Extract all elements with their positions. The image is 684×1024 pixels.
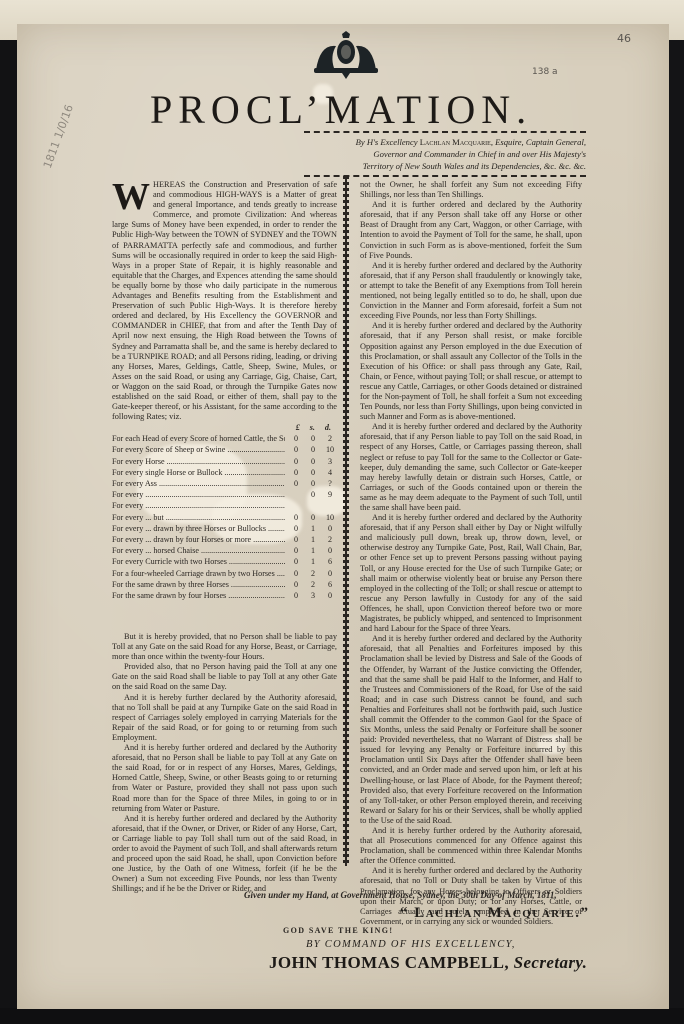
toll-pence: 10 xyxy=(323,444,337,455)
god-save-the-king: GOD SAVE THE KING! xyxy=(283,926,393,935)
byline-title: Esquire, Captain General, xyxy=(495,137,586,147)
toll-amount: 003 xyxy=(285,456,337,467)
governor-signature: “ Lachlan Macquarie.” xyxy=(400,905,589,922)
toll-description: For the same drawn by four Horses xyxy=(112,590,285,601)
toll-row: For every single Horse or Bullock004 xyxy=(112,467,337,478)
toll-description: For every Curricle with two Horses xyxy=(112,556,285,567)
toll-amount: 012 xyxy=(285,534,337,545)
toll-shillings: 1 xyxy=(306,556,320,567)
provision-paragraph: And it is hereby further ordered and dec… xyxy=(112,814,337,895)
toll-shillings: 0 xyxy=(306,467,320,478)
left-column-provisions: But it is hereby provided, that no Perso… xyxy=(112,632,337,894)
right-column: not the Owner, he shall forfeit any Sum … xyxy=(360,180,582,927)
toll-row: For every Horse003 xyxy=(112,456,337,467)
shillings-header: s. xyxy=(310,422,315,433)
toll-pence: 0 xyxy=(323,545,337,556)
toll-row: For every ... drawn by three Horses or B… xyxy=(112,523,337,534)
royal-coat-of-arms-icon xyxy=(304,30,388,80)
secretary-signature: JOHN THOMAS CAMPBELL, Secretary. xyxy=(269,953,587,973)
document-title: PROCL’MATION. xyxy=(150,86,550,133)
toll-pounds: 0 xyxy=(289,444,303,455)
toll-rates-table: £ s. d. For each Head of every Score of … xyxy=(112,422,337,601)
secretary-name: JOHN THOMAS CAMPBELL, xyxy=(269,953,509,972)
toll-amount: 0010 xyxy=(285,512,337,523)
toll-pounds: 0 xyxy=(289,556,303,567)
toll-row: For every ... drawn by four Horses or mo… xyxy=(112,534,337,545)
byline-line-2: Governor and Commander in Chief in and o… xyxy=(304,148,586,160)
provision-paragraph: And it is hereby further ordered and dec… xyxy=(360,422,582,513)
by-command-line: BY COMMAND OF HIS EXCELLENCY, xyxy=(306,939,516,950)
toll-amount: 016 xyxy=(285,556,337,567)
secretary-role: Secretary. xyxy=(514,953,588,972)
toll-pence: 2 xyxy=(323,433,337,444)
toll-description: For every xyxy=(112,500,285,511)
byline-prefix: By H's Excellency xyxy=(356,137,418,147)
toll-amount: 0010 xyxy=(285,444,337,455)
provision-paragraph: And it is hereby further ordered and dec… xyxy=(360,513,582,634)
governor-name: Lachlan Macquarie, xyxy=(420,137,493,147)
toll-table-header: £ s. d. xyxy=(112,422,337,433)
toll-amount: 010 xyxy=(285,545,337,556)
toll-row: For the same drawn by four Horses030 xyxy=(112,590,337,601)
toll-pounds: 0 xyxy=(289,590,303,601)
toll-shillings: 0 xyxy=(306,433,320,444)
toll-pounds: 0 xyxy=(289,523,303,534)
toll-description: For each Head of every Score of horned C… xyxy=(112,433,285,444)
toll-pounds: 0 xyxy=(289,534,303,545)
toll-shillings: 1 xyxy=(306,545,320,556)
toll-description: For every single Horse or Bullock xyxy=(112,467,285,478)
toll-shillings: 0 xyxy=(306,512,320,523)
toll-pence: 10 xyxy=(323,512,337,523)
toll-pounds: 0 xyxy=(289,568,303,579)
toll-description: For every ... drawn by three Horses or B… xyxy=(112,523,285,534)
provision-paragraph: And it is further ordered and declared b… xyxy=(360,200,582,261)
provision-paragraph: And it is hereby further ordered by the … xyxy=(360,826,582,866)
toll-row: For every Ass00? xyxy=(112,478,337,489)
toll-pounds: 0 xyxy=(289,478,303,489)
byline-line-3: Territory of New South Wales and its Dep… xyxy=(304,160,586,172)
toll-description: For a four-wheeled Carriage drawn by two… xyxy=(112,568,285,579)
toll-row: For every Score of Sheep or Swine0010 xyxy=(112,444,337,455)
toll-amount: 09 xyxy=(285,489,337,500)
provision-paragraph: And it is hereby further ordered and dec… xyxy=(360,321,582,422)
toll-pence: 0 xyxy=(323,523,337,534)
toll-pence: ? xyxy=(323,478,337,489)
toll-pence: 6 xyxy=(323,579,337,590)
provision-paragraph: And it is hereby further declared by the… xyxy=(112,693,337,743)
toll-shillings: 2 xyxy=(306,568,320,579)
toll-row: For every Curricle with two Horses016 xyxy=(112,556,337,567)
toll-pence: 2 xyxy=(323,534,337,545)
toll-pounds xyxy=(289,489,303,500)
given-under-hand-line: Given under my Hand, at Government House… xyxy=(244,890,584,900)
pounds-header: £ xyxy=(296,422,300,433)
toll-description: For every xyxy=(112,489,285,500)
provision-paragraph: And it is hereby further ordered and dec… xyxy=(360,634,582,826)
pence-header: d. xyxy=(325,422,331,433)
toll-amount: 026 xyxy=(285,579,337,590)
toll-pence: 0 xyxy=(323,568,337,579)
archive-backing-bottom xyxy=(0,1008,684,1024)
provision-paragraph: And it is hereby further ordered and dec… xyxy=(360,261,582,322)
left-column: WHEREAS the Construction and Preservatio… xyxy=(112,180,337,422)
toll-shillings: 3 xyxy=(306,590,320,601)
folio-number: 46 xyxy=(617,32,631,45)
drop-cap: W xyxy=(112,181,150,213)
toll-row: For each Head of every Score of horned C… xyxy=(112,433,337,444)
toll-description: For every Ass xyxy=(112,478,285,489)
toll-description: For every ... but xyxy=(112,512,285,523)
toll-description: For the same drawn by three Horses xyxy=(112,579,285,590)
toll-row: For every09 xyxy=(112,489,337,500)
issuer-byline: By H's Excellency Lachlan Macquarie, Esq… xyxy=(304,131,586,177)
toll-pence: 0 xyxy=(323,590,337,601)
provision-paragraph: Provided also, that no Person having pai… xyxy=(112,662,337,692)
toll-shillings: 2 xyxy=(306,579,320,590)
provision-paragraph: And it is hereby further ordered and dec… xyxy=(112,743,337,814)
column-divider-rule xyxy=(343,176,349,866)
toll-pounds: 0 xyxy=(289,433,303,444)
toll-amount: 010 xyxy=(285,523,337,534)
toll-pounds: 0 xyxy=(289,579,303,590)
toll-shillings: 0 xyxy=(306,456,320,467)
toll-row: For a four-wheeled Carriage drawn by two… xyxy=(112,568,337,579)
toll-shillings: 1 xyxy=(306,534,320,545)
toll-pence: 3 xyxy=(323,456,337,467)
toll-pence: 9 xyxy=(323,489,337,500)
toll-amount: 002 xyxy=(285,433,337,444)
toll-row: For every ... horsed Chaise010 xyxy=(112,545,337,556)
archive-backing-left xyxy=(0,40,18,1024)
toll-description: For every Horse xyxy=(112,456,285,467)
toll-description: For every ... drawn by four Horses or mo… xyxy=(112,534,285,545)
catalogue-mark: 138 a xyxy=(532,67,558,77)
toll-shillings: 0 xyxy=(306,444,320,455)
toll-pounds: 0 xyxy=(289,512,303,523)
archive-backing-right xyxy=(668,40,684,1024)
toll-pounds: 0 xyxy=(289,545,303,556)
toll-amount: 004 xyxy=(285,467,337,478)
preamble: WHEREAS the Construction and Preservatio… xyxy=(112,180,337,422)
toll-row: For the same drawn by three Horses026 xyxy=(112,579,337,590)
toll-row: For every xyxy=(112,500,337,511)
toll-shillings: 1 xyxy=(306,523,320,534)
toll-pounds: 0 xyxy=(289,467,303,478)
provision-paragraph: But it is hereby provided, that no Perso… xyxy=(112,632,337,662)
toll-amount: 030 xyxy=(285,590,337,601)
toll-description: For every Score of Sheep or Swine xyxy=(112,444,285,455)
toll-shillings: 0 xyxy=(306,478,320,489)
toll-pence: 4 xyxy=(323,467,337,478)
toll-pence: 6 xyxy=(323,556,337,567)
toll-rows: For each Head of every Score of horned C… xyxy=(112,433,337,601)
provision-paragraph: not the Owner, he shall forfeit any Sum … xyxy=(360,180,582,200)
toll-row: For every ... but0010 xyxy=(112,512,337,523)
toll-pounds: 0 xyxy=(289,456,303,467)
toll-shillings: 0 xyxy=(306,489,320,500)
toll-amount: 020 xyxy=(285,568,337,579)
toll-amount: 00? xyxy=(285,478,337,489)
toll-description: For every ... horsed Chaise xyxy=(112,545,285,556)
